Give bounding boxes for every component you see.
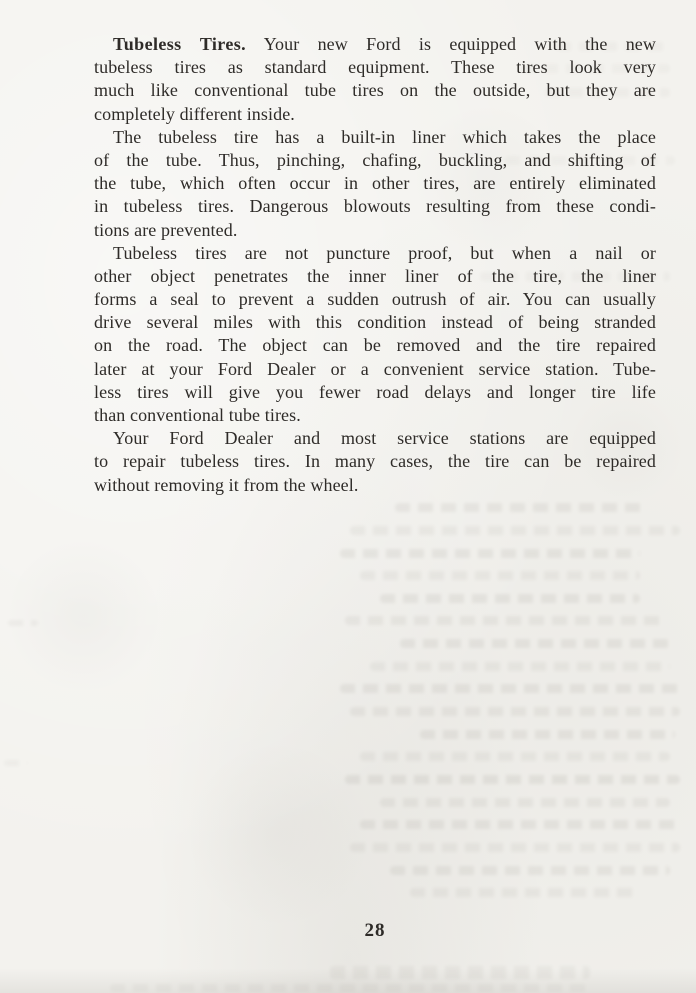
text-line: Tubeless tires are not puncture proof, b… [94,242,656,265]
ghost-smudge [345,775,680,784]
text-line: than conventional tube tires. [94,404,656,427]
text-line: Your Ford Dealer and most service statio… [94,427,656,450]
ghost-smudge [410,888,640,897]
text-line: forms a seal to prevent a sudden outrush… [94,288,656,311]
body-text: Tubeless Tires. Your new Ford is equippe… [94,33,656,497]
ghost-smudge [340,549,640,558]
ghost-smudge [380,594,640,603]
text-line: much like conventional tube tires on the… [94,79,656,102]
text-line: drive several miles with this condition … [94,311,656,334]
ghost-smudge [360,752,670,761]
text-line: completely different inside. [94,103,656,126]
text-line: tubeless tires as standard equipment. Th… [94,56,656,79]
ghost-smudge [4,760,28,766]
ghost-smudge [360,820,680,829]
text-line: Tubeless Tires. Your new Ford is equippe… [94,33,656,56]
text-line: in tubeless tires. Dangerous blowouts re… [94,195,656,218]
ghost-smudge [345,616,665,625]
text-line: of the tube. Thus, pinching, chafing, bu… [94,149,656,172]
text-line: other object penetrates the inner liner … [94,265,656,288]
ghost-smudge [350,843,680,852]
ghost-smudge [350,526,680,535]
text-line: less tires will give you fewer road dela… [94,381,656,404]
text-line: without removing it from the wheel. [94,474,656,497]
page-number: 28 [94,920,656,942]
ghost-smudge [420,730,675,739]
ghost-smudge [400,639,670,648]
ghost-smudge [340,684,680,693]
ghost-smudge [8,620,38,626]
text-line: to repair tubeless tires. In many cases,… [94,450,656,473]
ghost-smudge [370,662,670,671]
ghost-smudge [350,707,680,716]
ghost-smudge [360,571,640,580]
text-line: tions are prevented. [94,219,656,242]
text-line: The tubeless tire has a built-in liner w… [94,126,656,149]
ghost-smudge [380,798,670,807]
text-line: on the road. The object can be removed a… [94,334,656,357]
ghost-smudge [390,866,670,875]
section-heading: Tubeless Tires. [113,34,246,54]
ghost-smudge [110,984,590,992]
ghost-smudge [395,503,645,512]
text-line: the tube, which often occur in other tir… [94,172,656,195]
ghost-smudge [330,966,590,979]
manual-page: Tubeless Tires. Your new Ford is equippe… [0,0,696,993]
text-line: later at your Ford Dealer or a convenien… [94,358,656,381]
